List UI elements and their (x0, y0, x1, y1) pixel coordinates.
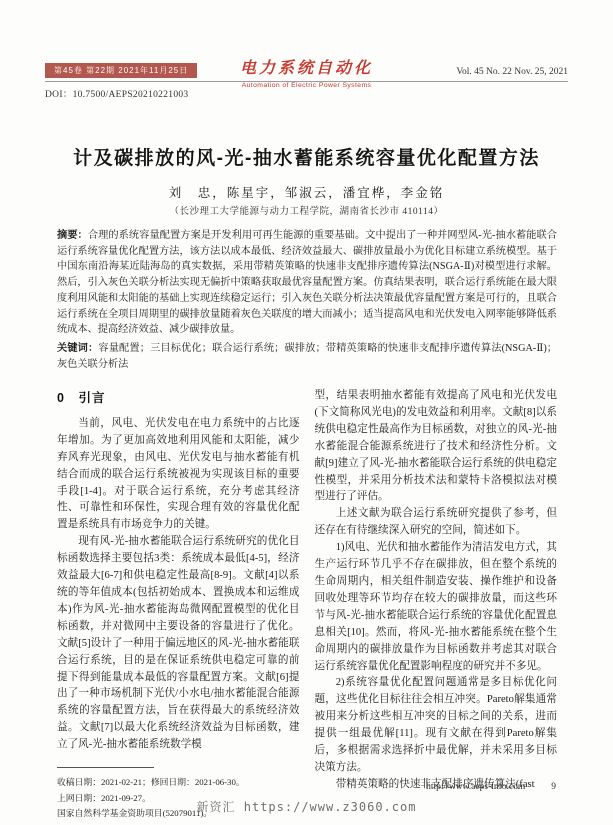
footer: http://www.aeps-info.com9 (426, 782, 556, 792)
footnote-received-dates: 收稿日期：2021-02-21；修回日期：2021-06-30。 (57, 775, 300, 791)
body-paragraph: 2)系统容量优化配置问题通常是多目标优化问题，这些优化目标往往会相互冲突。Par… (315, 675, 558, 776)
body-paragraph: 当前，风电、光伏发电在电力系统中的占比逐年增加。为了更加高效地利用风能和太阳能，… (57, 416, 300, 534)
abstract-paragraph: 摘要：合理的系统容量配置方案是开发利用可再生能源的重要基础。文中提出了一种并网型… (57, 228, 557, 338)
right-column: 型，结果表明抽水蓄能有效提高了风电和光伏发电(下文简称风光电)的发电效益和利用率… (315, 388, 558, 822)
keywords-text: 容量配置；三目标优化；联合运行系统；碳排放；带精英策略的快速非支配排序遗传算法(… (57, 343, 557, 370)
affiliation-line: （长沙理工大学能源与动力工程学院，湖南省长沙市 410114） (0, 203, 613, 217)
watermark-text: 新资汇 https://www.z3060.com (0, 798, 613, 815)
section-heading-introduction: 0 引言 (57, 390, 300, 407)
journal-url: http://www.aeps-info.com (426, 782, 525, 792)
body-paragraph: 1)风电、光伏和抽水蓄能作为清洁发电方式，其生产运行环节几乎不存在碳排放，但在整… (315, 540, 558, 675)
keywords-label: 关键词： (57, 343, 98, 354)
body-paragraph: 上述文献为联合运行系统研究提供了参考，但还存在有待继续深入研究的空间，简述如下。 (315, 506, 558, 540)
paper-title: 计及碳排放的风-光-抽水蓄能系统容量优化配置方法 (30, 143, 583, 170)
journal-logo-en: Automation of Electric Power Systems (0, 82, 613, 89)
body-columns: 0 引言 当前，风电、光伏发电在电力系统中的占比逐年增加。为了更加高效地利用风能… (57, 388, 557, 822)
abstract-label: 摘要： (57, 230, 88, 241)
page-number: 9 (551, 782, 556, 792)
footnote-separator (57, 767, 154, 768)
volume-english: Vol. 45 No. 22 Nov. 25, 2021 (456, 67, 568, 77)
body-paragraph: 型，结果表明抽水蓄能有效提高了风电和光伏发电(下文简称风光电)的发电效益和利用率… (315, 388, 558, 506)
journal-logo-cn: 电力系统自动化 (230, 58, 383, 80)
abstract-text: 合理的系统容量配置方案是开发利用可再生能源的重要基础。文中提出了一种并网型风-光… (57, 230, 557, 335)
abstract-block: 摘要：合理的系统容量配置方案是开发利用可再生能源的重要基础。文中提出了一种并网型… (57, 228, 557, 375)
keywords-paragraph: 关键词：容量配置；三目标优化；联合运行系统；碳排放；带精英策略的快速非支配排序遗… (57, 341, 557, 372)
paper-page: 第45卷 第22期 2021年11月25日 DOI：10.7500/AEPS20… (0, 0, 613, 825)
left-column: 0 引言 当前，风电、光伏发电在电力系统中的占比逐年增加。为了更加高效地利用风能… (57, 388, 300, 822)
body-paragraph: 现有风-光-抽水蓄能联合运行系统研究的优化目标函数选择主要包括3类：系统成本最低… (57, 534, 300, 754)
authors-line: 刘 忠，陈星宇，邹淑云，潘宜桦，李金铭 (0, 183, 613, 201)
